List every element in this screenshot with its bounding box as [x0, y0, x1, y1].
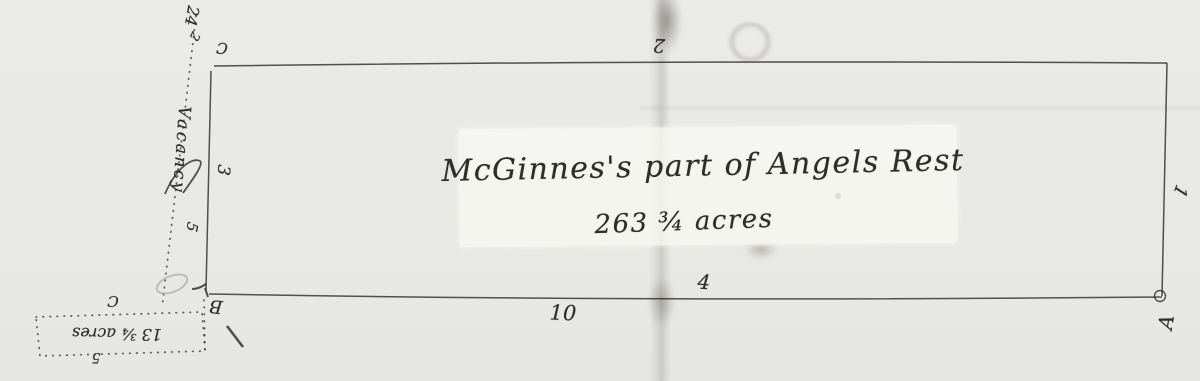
survey-number-top-left: 24: [181, 4, 203, 27]
edge-mark-top: 2: [652, 34, 665, 57]
parcel-boundary-right: [1162, 63, 1167, 296]
tract-acreage: 263 ¾ acres: [594, 204, 774, 240]
inset-area-note: 13 ¾ acres: [72, 324, 162, 345]
ring-stain: [728, 22, 772, 62]
corner-slash-b: [227, 326, 243, 347]
dotted-line-corner-drop: [204, 300, 205, 350]
edge-mark-bottom-inner: 4: [697, 270, 711, 295]
edge-mark-bottom-outer: 10: [549, 301, 577, 326]
survey-number-left-inner: 3: [212, 164, 233, 177]
parcel-boundary-bottom: [209, 294, 1162, 299]
edge-mark-right: 1: [1168, 182, 1192, 200]
corner-letter-a: A: [1153, 313, 1179, 331]
inset-letter-c: C: [107, 292, 118, 310]
corner-letter-c-top: C: [216, 39, 229, 58]
horizontal-fold-crease: [640, 104, 1200, 112]
survey-number-left-dotted: 5: [182, 220, 202, 233]
corner-hook-bottom-left: [192, 284, 208, 297]
parcel-boundary-top: [214, 62, 1167, 66]
vacancy-label: Vacancy: [168, 105, 194, 194]
corner-letter-b: B: [208, 295, 223, 317]
ink-smudge-bottom: [648, 276, 676, 328]
parcel-boundary-left: [206, 71, 211, 290]
corner-circle-a: [1155, 291, 1166, 302]
survey-plat-page: McGinnes's part of Angels Rest 263 ¾ acr…: [0, 0, 1200, 381]
inset-number-5: 5: [92, 349, 101, 365]
survey-number-top-left-small: 2: [185, 29, 202, 43]
pencil-oval-mark: [154, 271, 190, 298]
